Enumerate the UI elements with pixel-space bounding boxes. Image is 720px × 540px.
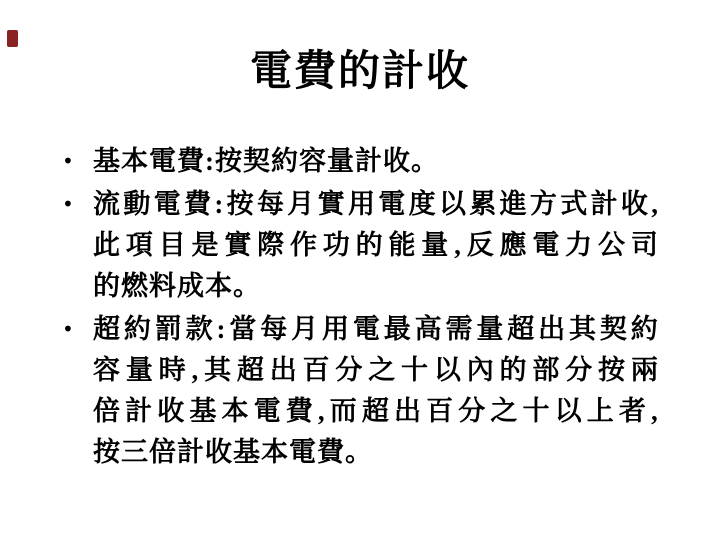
bullet-item: •超約罰款:當每月用電最高需量超出其契約容量時,其超出百分之十以內的部分按兩倍計… bbox=[62, 309, 658, 473]
bullet-text: 流動電費:按每月實用電度以累進方式計收,此項目是實際作功的能量,反應電力公司的燃… bbox=[93, 184, 658, 307]
bullet-marker-icon: • bbox=[62, 184, 93, 225]
bullet-text: 超約罰款:當每月用電最高需量超出其契約容量時,其超出百分之十以內的部分按兩倍計收… bbox=[93, 309, 658, 473]
bullet-item: •流動電費:按每月實用電度以累進方式計收,此項目是實際作功的能量,反應電力公司的… bbox=[62, 184, 658, 307]
bullet-text: 基本電費:按契約容量計收。 bbox=[93, 141, 658, 182]
bullet-item: •基本電費:按契約容量計收。 bbox=[62, 141, 658, 182]
bullet-line: 的燃料成本。 bbox=[93, 266, 658, 307]
bullet-line: 流動電費:按每月實用電度以累進方式計收, bbox=[93, 184, 658, 225]
bullet-marker-icon: • bbox=[62, 309, 93, 350]
bullet-line: 此項目是實際作功的能量,反應電力公司 bbox=[93, 225, 658, 266]
bullet-line: 按三倍計收基本電費。 bbox=[93, 432, 658, 473]
corner-mark-icon bbox=[7, 30, 18, 47]
slide-title: 電費的計收 bbox=[0, 48, 720, 96]
bullet-line: 基本電費:按契約容量計收。 bbox=[93, 141, 658, 182]
bullet-line: 倍計收基本電費,而超出百分之十以上者, bbox=[93, 391, 658, 432]
bullet-line: 容量時,其超出百分之十以內的部分按兩 bbox=[93, 350, 658, 391]
slide: 電費的計收 •基本電費:按契約容量計收。•流動電費:按每月實用電度以累進方式計收… bbox=[0, 0, 720, 540]
bullet-list: •基本電費:按契約容量計收。•流動電費:按每月實用電度以累進方式計收,此項目是實… bbox=[62, 141, 658, 475]
bullet-line: 超約罰款:當每月用電最高需量超出其契約 bbox=[93, 309, 658, 350]
bullet-marker-icon: • bbox=[62, 141, 93, 182]
